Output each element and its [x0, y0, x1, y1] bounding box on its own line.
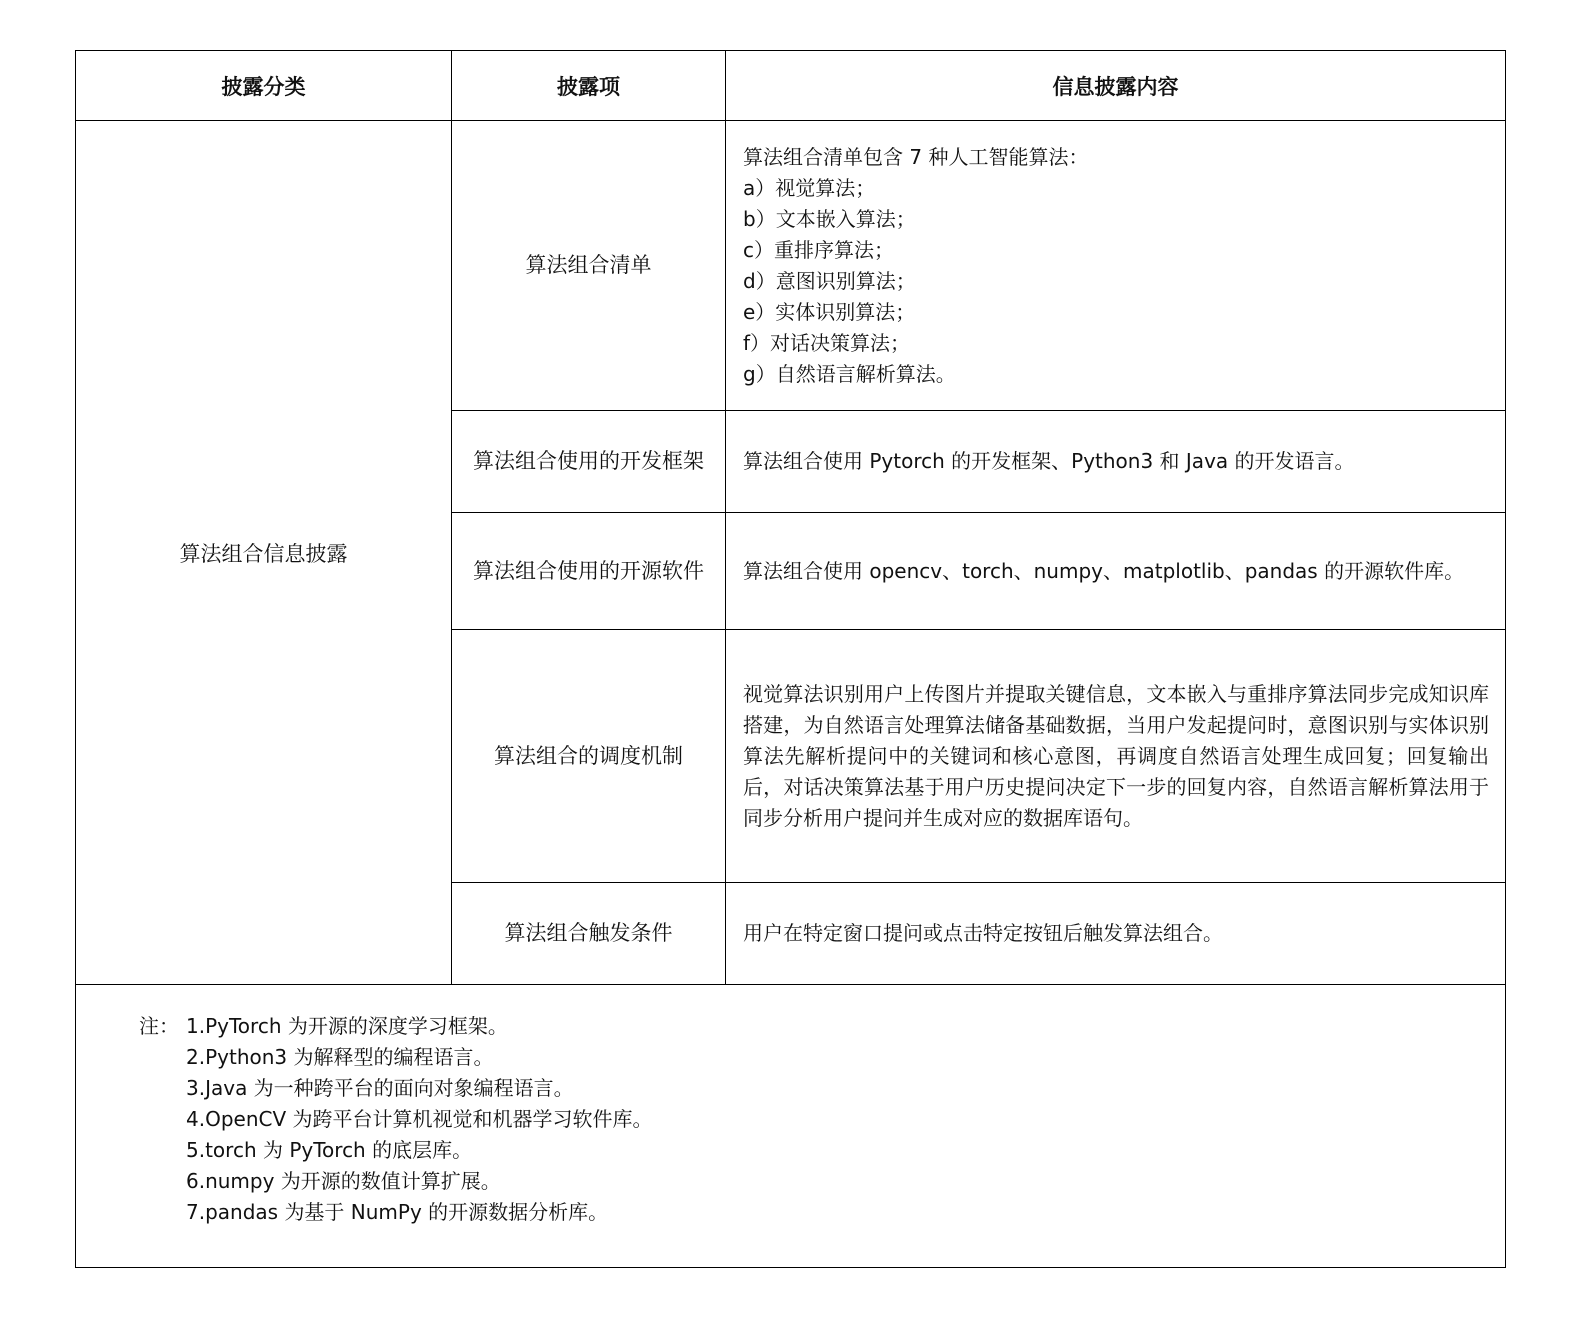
note-item: 2.Python3 为解释型的编程语言。 — [186, 1042, 494, 1073]
content-cell: 用户在特定窗口提问或点击特定按钮后触发算法组合。 — [726, 883, 1506, 985]
note-item: 5.torch 为 PyTorch 的底层库。 — [186, 1135, 472, 1166]
item-cell: 算法组合使用的开源软件 — [452, 513, 726, 630]
content-cell: 算法组合清单包含 7 种人工智能算法： a）视觉算法； b）文本嵌入算法； c）… — [726, 121, 1506, 411]
list-item: a）视觉算法； — [743, 173, 1489, 204]
list-item: c）重排序算法； — [743, 235, 1489, 266]
note-item: 1.PyTorch 为开源的深度学习框架。 — [186, 1011, 508, 1042]
note-item: 7.pandas 为基于 NumPy 的开源数据分析库。 — [186, 1197, 608, 1228]
list-item: d）意图识别算法； — [743, 266, 1489, 297]
list-item: e）实体识别算法； — [743, 297, 1489, 328]
notes-cell: 注：1.PyTorch 为开源的深度学习框架。 2.Python3 为解释型的编… — [76, 985, 1506, 1268]
header-item: 披露项 — [452, 51, 726, 121]
notes-block: 注：1.PyTorch 为开源的深度学习框架。 2.Python3 为解释型的编… — [76, 985, 1505, 1228]
item-cell: 算法组合使用的开发框架 — [452, 411, 726, 513]
item-cell: 算法组合的调度机制 — [452, 630, 726, 883]
content-cell: 视觉算法识别用户上传图片并提取关键信息，文本嵌入与重排序算法同步完成知识库搭建，… — [726, 630, 1506, 883]
notes-row: 注：1.PyTorch 为开源的深度学习框架。 2.Python3 为解释型的编… — [76, 985, 1506, 1268]
table-row: 算法组合信息披露 算法组合清单 算法组合清单包含 7 种人工智能算法： a）视觉… — [76, 121, 1506, 411]
item-cell: 算法组合清单 — [452, 121, 726, 411]
header-row: 披露分类 披露项 信息披露内容 — [76, 51, 1506, 121]
content-cell: 算法组合使用 opencv、torch、numpy、matplotlib、pan… — [726, 513, 1506, 630]
note-item: 6.numpy 为开源的数值计算扩展。 — [186, 1166, 501, 1197]
disclosure-table: 披露分类 披露项 信息披露内容 算法组合信息披露 算法组合清单 算法组合清单包含… — [75, 50, 1506, 1268]
header-content: 信息披露内容 — [726, 51, 1506, 121]
note-item: 3.Java 为一种跨平台的面向对象编程语言。 — [186, 1073, 574, 1104]
content-cell: 算法组合使用 Pytorch 的开发框架、Python3 和 Java 的开发语… — [726, 411, 1506, 513]
list-item: f）对话决策算法； — [743, 328, 1489, 359]
list-item: g）自然语言解析算法。 — [743, 359, 1489, 390]
header-category: 披露分类 — [76, 51, 452, 121]
content-intro: 算法组合清单包含 7 种人工智能算法： — [743, 142, 1489, 173]
category-cell: 算法组合信息披露 — [76, 121, 452, 985]
item-cell: 算法组合触发条件 — [452, 883, 726, 985]
list-item: b）文本嵌入算法； — [743, 204, 1489, 235]
notes-prefix: 注： — [139, 1011, 186, 1042]
note-item: 4.OpenCV 为跨平台计算机视觉和机器学习软件库。 — [186, 1104, 653, 1135]
